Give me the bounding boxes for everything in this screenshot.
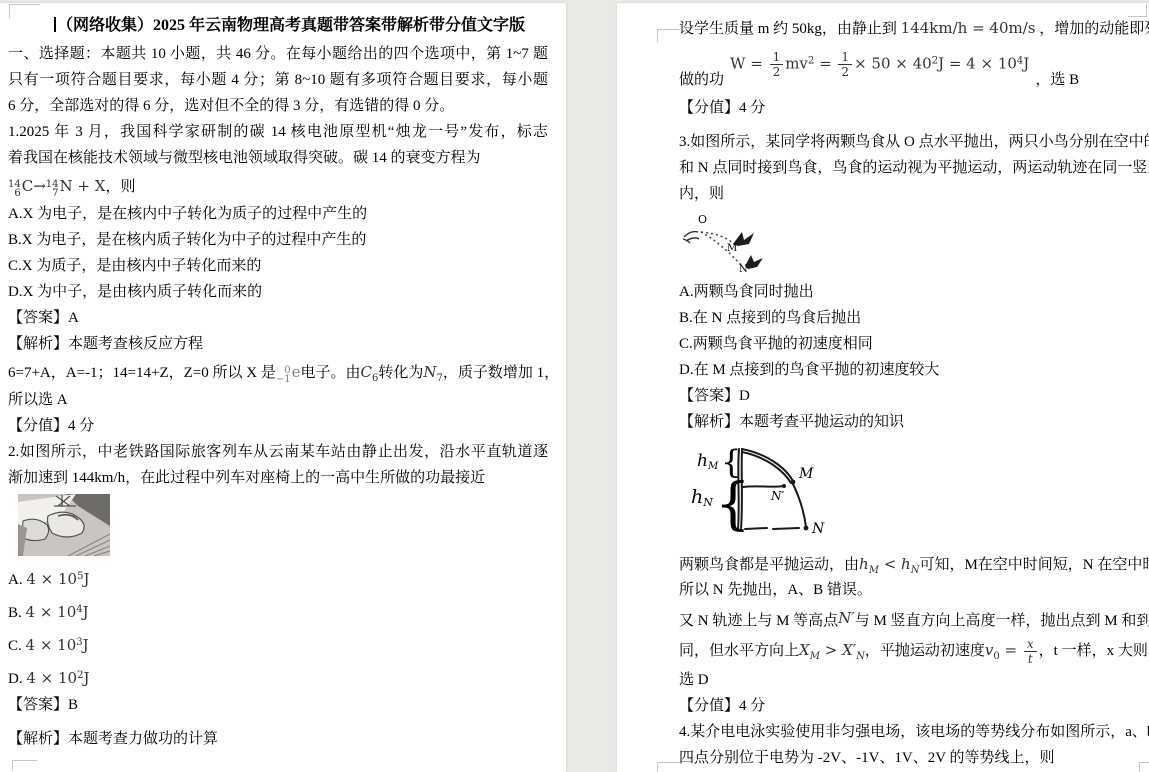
q2-option-c: C. 4 × 103J (8, 626, 548, 659)
q2-solution-line: 设学生质量 m 约 50kg，由静止到 144km/h = 40m/s ，增加的… (679, 15, 1123, 41)
section-intro-line: 6 分，全部选对的得 6 分，选对但不全的得 3 分，有选错的得 0 分。 (8, 93, 548, 119)
q3-analysis: 【解析】本题考查平抛运动的知识 (679, 409, 1123, 435)
q2-analysis: 【解析】本题考查力做功的计算 (8, 726, 548, 752)
q3-answer: 【答案】D (679, 383, 1123, 409)
q1-option-d: D.X 为中子，是由核内质子转化而来的 (8, 279, 548, 305)
q2-option-a: A. 4 × 105J (8, 560, 548, 593)
q1-stem-line: 着我国在核能技术领域与微型核电池领域取得突破。碳 14 的衰变方程为 (8, 145, 548, 171)
q2-stem-line: 渐加速到 144km/h，在此过程中列车对座椅上的一高中生所做的功最接近 (8, 465, 548, 491)
q4-stem-line: 四点分别位于电势为 -2V、-1V、1V、2V 的等势线上，则 (679, 745, 1123, 771)
section-intro-line: 只有一项符合题目要求，每小题 4 分；第 8~10 题有多项符合题目要求，每小题 (8, 67, 548, 93)
q1-answer: 【答案】A (8, 305, 548, 331)
q1-score: 【分值】4 分 (8, 413, 548, 439)
point-Nprime-dot (782, 484, 786, 488)
label-N: N (739, 264, 748, 273)
nuclide-scripts: 146 (8, 180, 21, 198)
bird-trajectory-figure: O M N (671, 211, 767, 273)
arrow-right-glyph: → (33, 177, 46, 195)
q1-option-a: A.X 为电子，是在核内中子转化为质子的过程中产生的 (8, 201, 548, 227)
q3-stem-line: 3.如图所示，某同学将两颗鸟食从 O 点水平抛出，两只小鸟分别在空中的 M 点 (679, 129, 1123, 155)
q3-explanation-line: 又 N 轨迹上与 M 等高点N′与 M 竖直方向上高度一样，抛出点到 M 和到N… (679, 603, 1123, 633)
text-cursor (54, 17, 56, 32)
margin-mark (657, 29, 680, 42)
margin-mark (657, 762, 680, 772)
label-Nprime: N′ (770, 489, 785, 503)
projectile-diagram: { { hM hN M N′ N (687, 441, 827, 543)
fraction-one-half: 12 (838, 51, 852, 78)
q1-option-c: C.X 为质子，是由核内中子转化而来的 (8, 253, 548, 279)
q3-stem-line: 内，则 (679, 181, 1123, 207)
q1-analysis: 【解析】本题考查核反应方程 (8, 331, 548, 357)
label-hM: hM (697, 451, 719, 472)
margin-mark (12, 760, 37, 771)
margin-mark (9, 4, 40, 18)
document-canvas: { "colors":{"canvas":"#e9e9e6","page":"#… (0, 0, 1149, 772)
label-O: O (698, 213, 707, 226)
q3-option-d: D.在 M 点接到的鸟食平抛的初速度较大 (679, 357, 1123, 383)
q3-stem-line: 和 N 点同时接到鸟食，鸟食的运动视为平抛运动，两运动轨迹在同一竖直平面 (679, 155, 1123, 181)
brace-hN: { (715, 472, 751, 537)
q1-work-line: 6=7+A，A=-1；14=14+Z，Z=0 所以 X 是0−1e电子。由C6转… (8, 357, 548, 387)
q1-work-line2: 所以选 A (8, 387, 548, 413)
fraction-x-over-t: xt (1024, 638, 1037, 665)
q3-score: 【分值】4 分 (679, 693, 1123, 719)
label-M: M (798, 466, 814, 482)
point-N-dot (804, 526, 809, 531)
q3-explanation-line: 选 D (679, 667, 1123, 693)
q2-answer: 【答案】B (8, 692, 548, 718)
document-title: （网络收集）2025 年云南物理高考真题带答案带解析带分值文字版 (8, 11, 548, 41)
margin-mark (1139, 762, 1149, 772)
train-photo (18, 494, 110, 556)
label-M: M (727, 243, 737, 254)
section-intro-line: 一、选择题：本题共 10 小题，共 46 分。在每小题给出的四个选项中，第 1~… (8, 41, 548, 67)
q1-option-b: B.X 为电子，是在核内质子转化为中子的过程中产生的 (8, 227, 548, 253)
q1-decay-equation: 146C→147N + X，则 (8, 171, 548, 201)
fraction-one-half: 12 (770, 51, 784, 78)
q3-explanation-line: 同，但水平方向上XM > X′N，平抛运动初速度v0 = xt，t 一样，x 大… (679, 633, 1123, 667)
margin-mark (1128, 4, 1147, 17)
q3-explanation-line: 两颗鸟食都是平抛运动，由hM < hN可知，M在空中时间短，N 在空中时间长， (679, 551, 1123, 577)
q1-stem-line: 1.2025 年 3 月，我国科学家研制的碳 14 核电池原型机“烛龙一号”发布… (8, 119, 548, 145)
label-N: N (811, 521, 825, 537)
document-page-right: 设学生质量 m 约 50kg，由静止到 144km/h = 40m/s ，增加的… (617, 3, 1149, 772)
q3-explanation-line: 所以 N 先抛出，A、B 错误。 (679, 577, 1123, 603)
q3-option-a: A.两颗鸟食同时抛出 (679, 279, 1123, 305)
electron-scripts: 0−1 (276, 366, 291, 384)
q2-work-formula: 做的功 W = 12mv2 = 12× 50 × 402J = 4 × 104J… (679, 41, 1123, 89)
q4-stem-line: 4.某介电电泳实验使用非匀强电场，该电场的等势线分布如图所示，a、b、c、d (679, 719, 1123, 745)
q2-option-d: D. 4 × 102J (8, 659, 548, 692)
point-M-dot (791, 480, 796, 485)
q2-stem-line: 2.如图所示，中老铁路国际旅客列车从云南某车站由静止出发，沿水平直轨道逐 (8, 439, 548, 465)
nuclide-scripts: 147 (46, 180, 59, 198)
q3-option-b: B.在 N 点接到的鸟食后抛出 (679, 305, 1123, 331)
q2-score: 【分值】4 分 (679, 95, 1123, 121)
q3-option-c: C.两颗鸟食平抛的初速度相同 (679, 331, 1123, 357)
hand-sketch (683, 232, 699, 243)
label-hN: hN (691, 486, 713, 509)
document-page-left: （网络收集）2025 年云南物理高考真题带答案带解析带分值文字版 一、选择题：本… (0, 3, 566, 772)
q2-option-b: B. 4 × 104J (8, 593, 548, 626)
